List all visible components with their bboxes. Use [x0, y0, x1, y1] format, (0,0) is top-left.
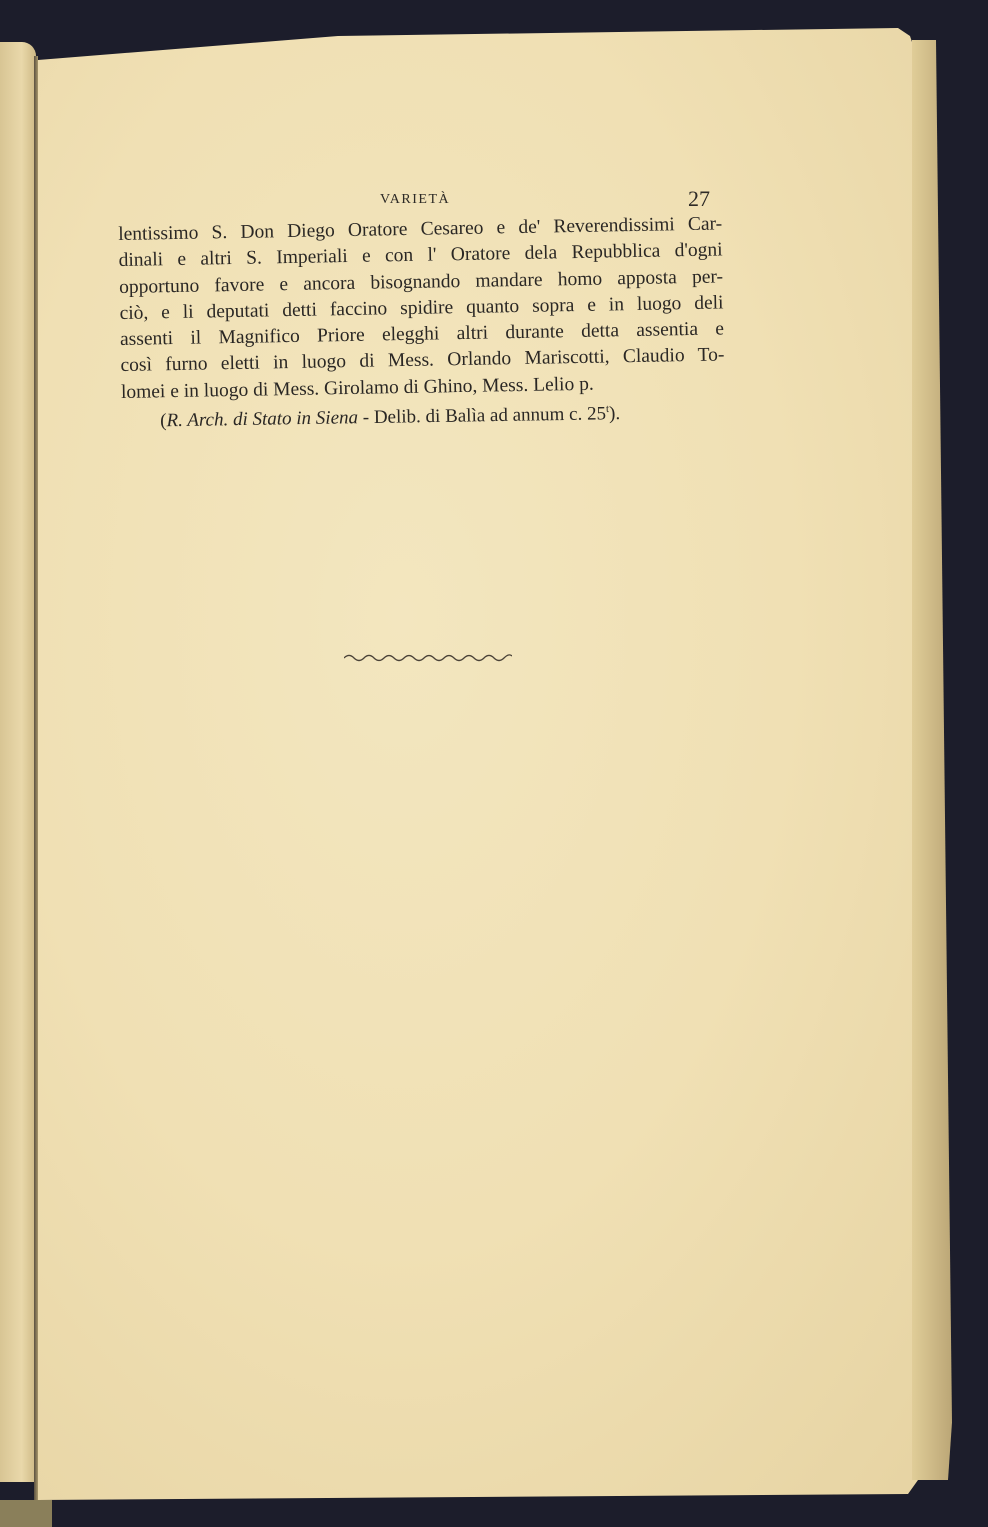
page-stack-edge [912, 40, 952, 1480]
wavy-rule-ornament [344, 652, 512, 664]
page-number: 27 [688, 186, 710, 212]
running-title: VARIETÀ [380, 192, 450, 208]
citation-reference: - Delib. di Balìa ad annum c. 25 [358, 403, 606, 428]
book-gutter [34, 56, 38, 1500]
body-paragraph: lentissimo S. Don Diego Oratore Cesareo … [118, 211, 725, 406]
facing-page-foot [0, 1500, 52, 1527]
facing-page-edge [0, 42, 36, 1482]
citation-close: ). [609, 403, 620, 424]
citation-source: R. Arch. di Stato in Siena [166, 407, 358, 431]
